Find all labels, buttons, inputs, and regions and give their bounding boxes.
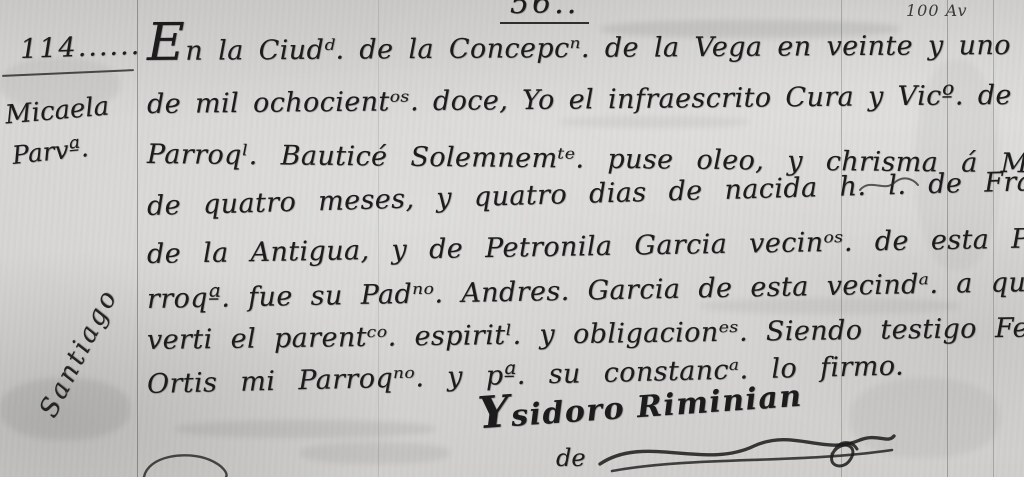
entry-number: 114...... bbox=[19, 30, 141, 65]
bottom-edge-flourish bbox=[138, 450, 238, 477]
signature-rubric-flourish bbox=[596, 424, 896, 477]
abbreviation-flourish bbox=[856, 176, 922, 196]
rubric-prefix: de bbox=[556, 444, 586, 472]
margin-column-rule bbox=[137, 0, 138, 477]
folio-number: 100 Av bbox=[906, 1, 968, 20]
manuscript-line: de la Antigua, y de Petronila Garcia vec… bbox=[147, 222, 1024, 272]
bleed-through-artifact bbox=[175, 420, 435, 438]
manuscript-line: En la Ciudᵈ. de la Concepcⁿ. de la Vega … bbox=[147, 27, 1024, 69]
bleed-through-artifact bbox=[300, 442, 450, 464]
margin-child-descriptor: Parvª. bbox=[11, 133, 90, 170]
manuscript-line: de mil ochocientᵒˢ. doce, Yo el infraesc… bbox=[147, 77, 1024, 122]
manuscript-page: { "document": { "folio_annotation": "100… bbox=[0, 0, 1024, 477]
page-header-fragment: 56.. bbox=[500, 0, 589, 24]
bleed-through-artifact bbox=[560, 116, 750, 128]
